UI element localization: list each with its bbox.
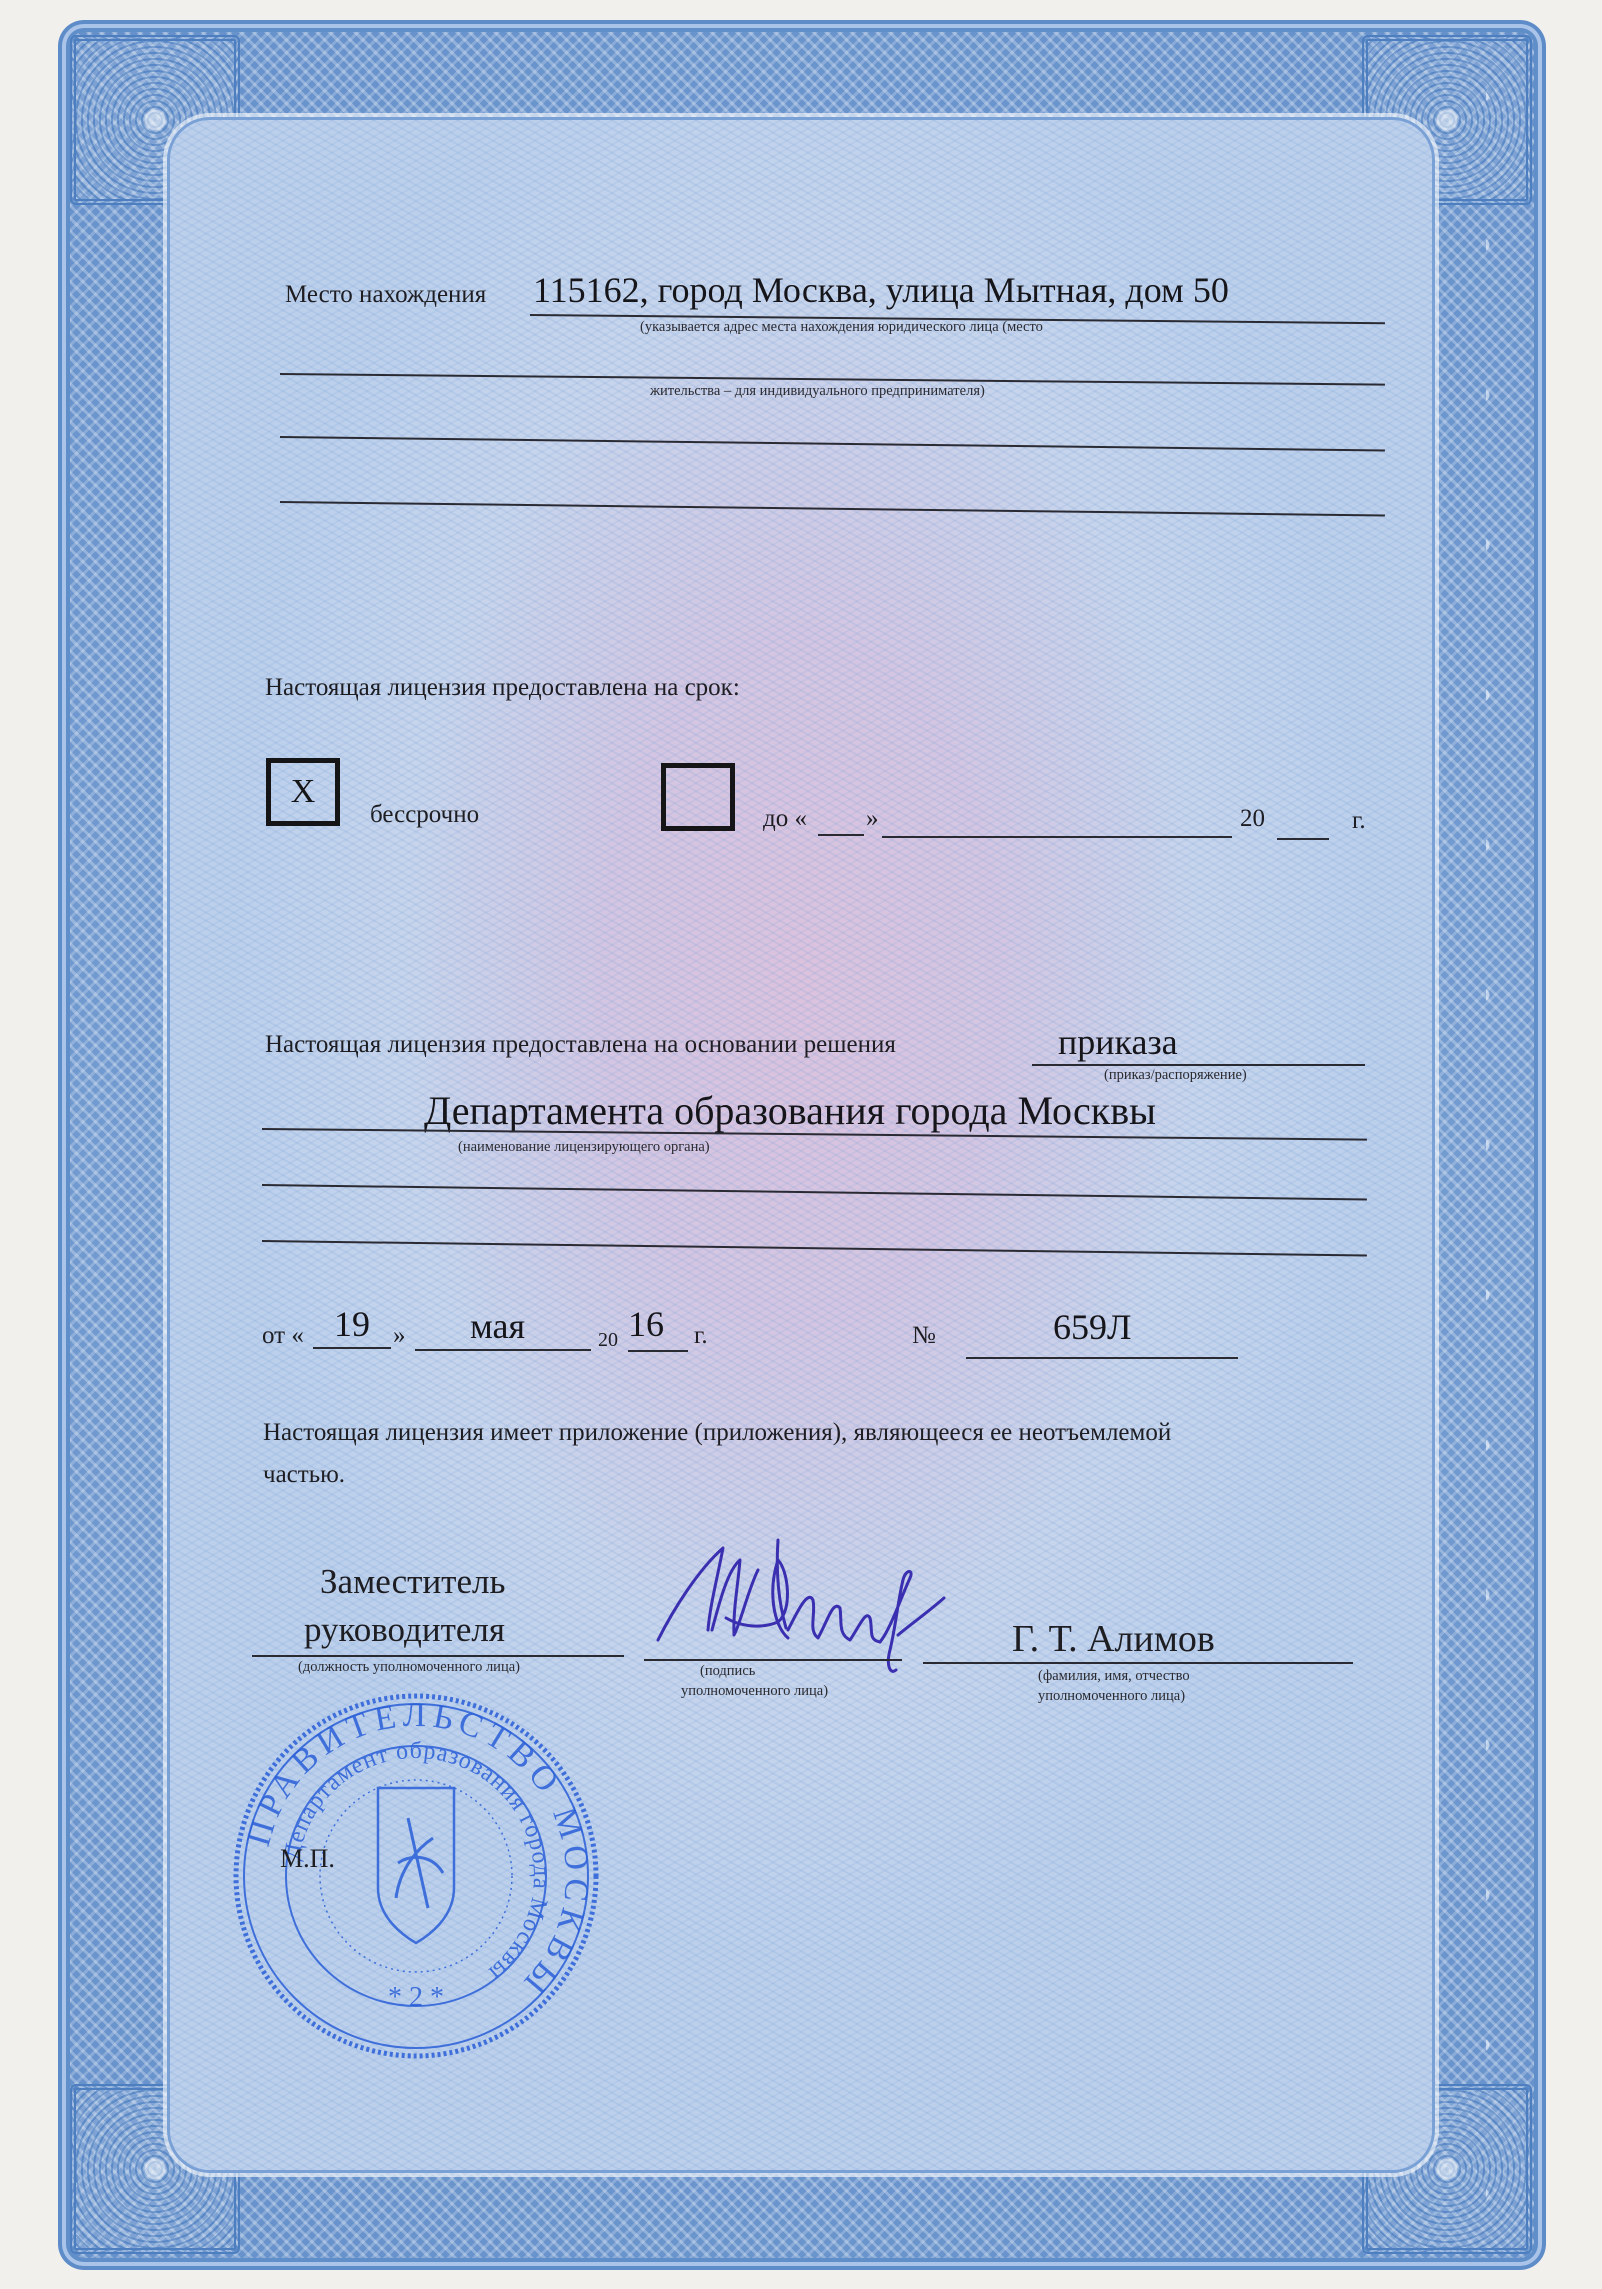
until-date-checkbox[interactable] [661,763,735,831]
name-hint-2: уполномоченного лица) [1038,1687,1185,1705]
position-hint: (должность уполномоченного лица) [298,1658,520,1676]
appendix-line-2: частью. [263,1462,345,1487]
until-label: до « [763,806,807,831]
until-month-field[interactable] [882,836,1232,838]
unlimited-checkbox[interactable]: X [266,758,340,826]
signatory-name: Г. Т. Алимов [1012,1617,1215,1661]
unlimited-label: бессрочно [370,802,479,827]
name-hint-1: (фамилия, имя, отчество [1038,1667,1190,1685]
order-year-prefix: 20 [598,1329,618,1352]
order-month-underline [415,1349,591,1351]
position-underline [252,1655,624,1657]
until-year-prefix: 20 [1240,806,1265,831]
until-year-field[interactable] [1277,838,1329,840]
signatory-position-1: Заместитель [320,1562,505,1602]
order-quote-close: » [393,1323,406,1348]
signature-underline [644,1659,902,1661]
term-heading: Настоящая лицензия предоставлена на срок… [265,675,740,700]
official-seal-icon: ПРАВИТЕЛЬСТВО МОСКВЫ Департамент образов… [228,1688,604,2064]
order-day-underline [313,1347,391,1349]
location-label: Место нахождения [285,282,486,307]
signatory-position-2: руководителя [304,1610,505,1650]
appendix-line-1: Настоящая лицензия имеет приложение (при… [263,1420,1171,1445]
order-year: 16 [628,1306,664,1342]
decision-type-hint: (приказ/распоряжение) [1104,1066,1247,1084]
name-underline [923,1662,1353,1664]
until-quote-close: » [866,806,879,831]
order-day: 19 [334,1306,370,1342]
order-year-underline [628,1350,688,1352]
checkbox-mark: X [291,773,316,811]
order-number-sign: № [912,1323,936,1348]
order-from-label: от « [262,1323,304,1348]
until-day-field[interactable] [818,834,864,836]
signature-icon [628,1530,948,1680]
svg-text:* 2 *: * 2 * [388,1982,444,2013]
seal-label: М.П. [280,1846,335,1872]
order-number-underline [966,1357,1238,1359]
until-year-unit: г. [1352,808,1366,833]
signature-hint-1: (подпись [700,1662,755,1680]
location-hint-1: (указывается адрес места нахождения юрид… [640,318,1043,336]
location-value: 115162, город Москва, улица Мытная, дом … [533,272,1229,308]
location-hint-2: жительства – для индивидуального предпри… [650,382,985,400]
order-number: 659Л [1053,1309,1131,1345]
decision-type-value: приказа [1058,1024,1178,1060]
signature-hint-2: уполномоченного лица) [681,1682,828,1700]
authority-hint: (наименование лицензирующего органа) [458,1138,710,1156]
order-year-unit: г. [694,1323,708,1348]
authority-value: Департамента образования города Москвы [424,1091,1156,1131]
basis-label: Настоящая лицензия предоставлена на осно… [265,1032,896,1057]
order-month: мая [470,1308,525,1344]
